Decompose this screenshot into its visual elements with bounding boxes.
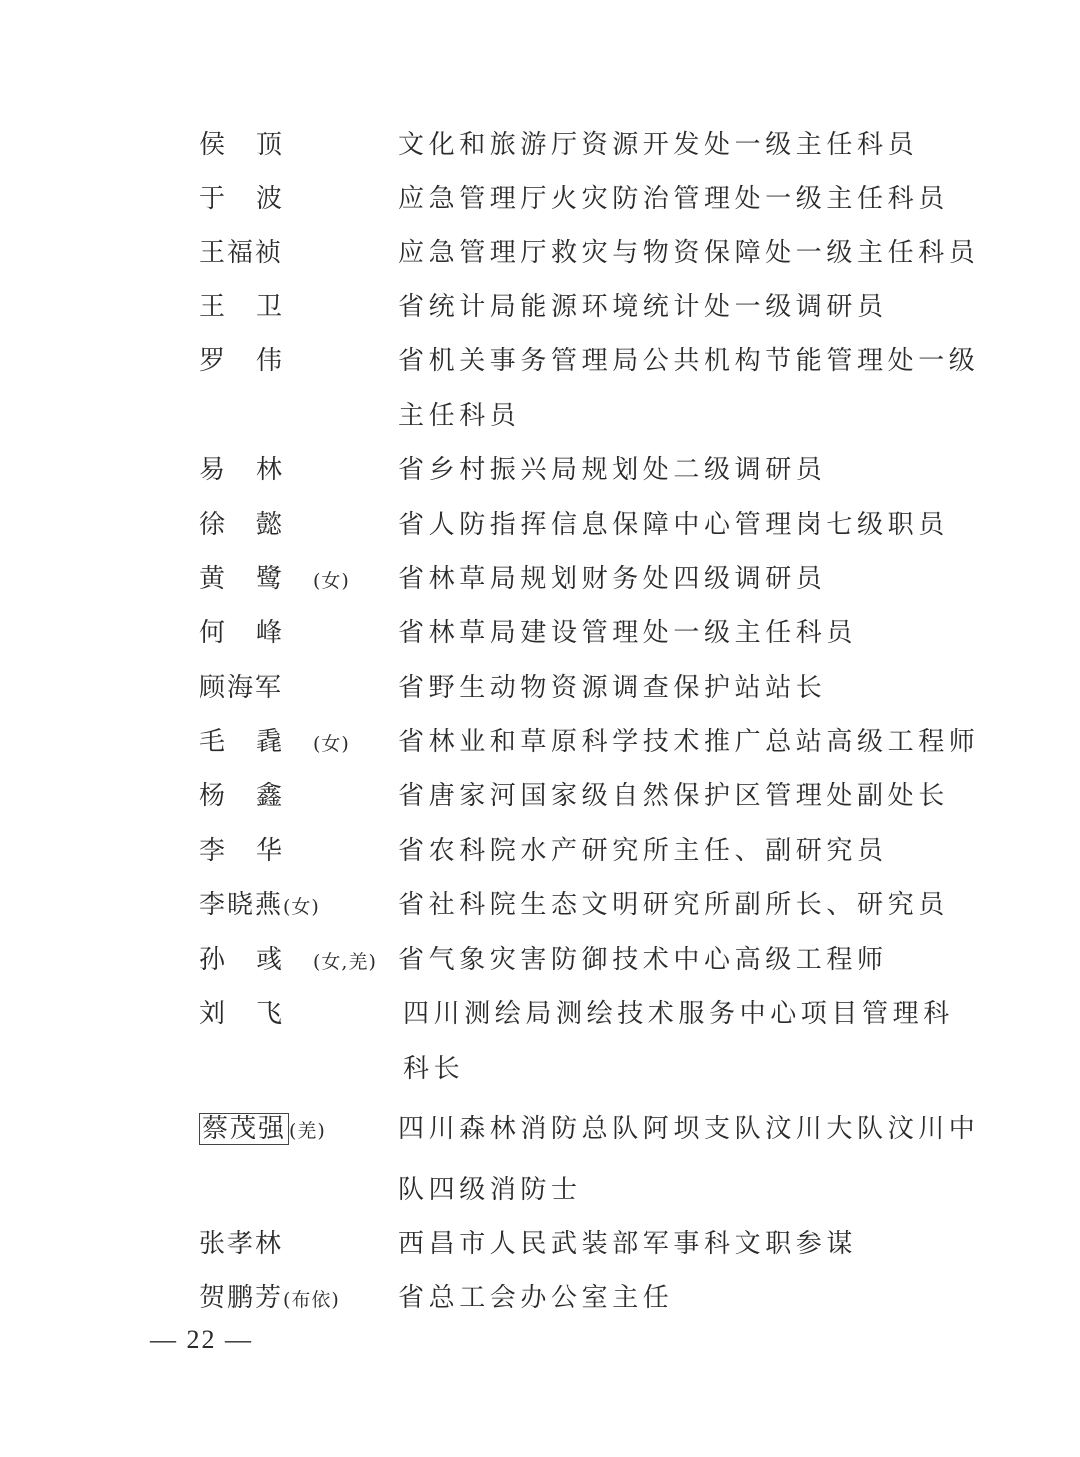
person-title: 省社科院生态文明研究所副所长、研究员	[398, 885, 949, 925]
person-title: 省总工会办公室主任	[398, 1278, 673, 1318]
person-title: 四川森林消防总队阿坝支队汶川大队汶川中	[398, 1109, 979, 1149]
person-name: 张孝林	[199, 1229, 283, 1259]
list-item: 易林 省乡村振兴局规划处二级调研员	[0, 450, 1080, 490]
person-name: 侯顶	[199, 130, 313, 160]
list-item: 侯顶 文化和旅游厅资源开发处一级主任科员	[0, 125, 1080, 165]
person-name: 毛毳	[199, 727, 313, 757]
person-note: (女)	[283, 896, 320, 918]
list-item: 李晓燕(女) 省社科院生态文明研究所副所长、研究员	[0, 885, 1080, 925]
list-item: 何峰 省林草局建设管理处一级主任科员	[0, 613, 1080, 653]
person-title: 省统计局能源环境统计处一级调研员	[398, 287, 888, 327]
person-title: 省野生动物资源调查保护站站长	[398, 668, 826, 708]
person-title: 应急管理厅火灾防治管理处一级主任科员	[398, 179, 949, 219]
person-title: 省乡村振兴局规划处二级调研员	[398, 450, 826, 490]
person-title-continued: 队四级消防士	[398, 1170, 582, 1210]
list-item: 王福祯 应急管理厅救灾与物资保障处一级主任科员	[0, 233, 1080, 273]
person-name: 何峰	[199, 618, 313, 648]
list-item: 李华 省农科院水产研究所主任、副研究员	[0, 831, 1080, 871]
list-item: 顾海军 省野生动物资源调查保护站站长	[0, 668, 1080, 708]
list-item: 贺鹏芳(布依) 省总工会办公室主任	[0, 1278, 1080, 1318]
person-title: 省机关事务管理局公共机构节能管理处一级	[398, 341, 979, 381]
person-title: 省气象灾害防御技术中心高级工程师	[398, 940, 888, 980]
person-name: 李华	[199, 836, 313, 866]
person-name: 王卫	[199, 292, 313, 322]
person-name: 刘飞	[199, 999, 313, 1029]
person-title: 西昌市人民武装部军事科文职参谋	[398, 1224, 857, 1264]
list-item: 罗伟 省机关事务管理局公共机构节能管理处一级	[0, 341, 1080, 381]
list-item-continuation: 科长	[0, 1049, 1080, 1089]
person-name-highlighted: 蔡茂强	[199, 1113, 289, 1145]
person-name: 顾海军	[199, 673, 283, 703]
person-note: (女)	[313, 570, 350, 592]
person-name: 杨鑫	[199, 781, 313, 811]
person-title: 省农科院水产研究所主任、副研究员	[398, 831, 888, 871]
list-item: 孙彧(女,羌) 省气象灾害防御技术中心高级工程师	[0, 940, 1080, 980]
person-name: 李晓燕	[199, 890, 283, 920]
list-item: 张孝林 西昌市人民武装部军事科文职参谋	[0, 1224, 1080, 1264]
list-item-continuation: 主任科员	[0, 396, 1080, 436]
list-item: 刘飞 四川测绘局测绘技术服务中心项目管理科	[0, 994, 1080, 1034]
person-name: 于波	[199, 184, 313, 214]
person-title: 四川测绘局测绘技术服务中心项目管理科	[403, 994, 954, 1034]
person-title: 省林草局建设管理处一级主任科员	[398, 613, 857, 653]
person-title: 省林业和草原科学技术推广总站高级工程师	[398, 722, 979, 762]
list-item: 杨鑫 省唐家河国家级自然保护区管理处副处长	[0, 776, 1080, 816]
person-title: 省人防指挥信息保障中心管理岗七级职员	[398, 505, 949, 545]
person-note: (布依)	[283, 1289, 340, 1311]
person-title: 应急管理厅救灾与物资保障处一级主任科员	[398, 233, 979, 273]
person-name: 王福祯	[199, 238, 283, 268]
list-item-continuation: 队四级消防士	[0, 1170, 1080, 1210]
person-name: 徐懿	[199, 510, 313, 540]
person-note: (羌)	[289, 1120, 326, 1142]
person-title: 省唐家河国家级自然保护区管理处副处长	[398, 776, 949, 816]
person-title: 省林草局规划财务处四级调研员	[398, 559, 826, 599]
list-item: 徐懿 省人防指挥信息保障中心管理岗七级职员	[0, 505, 1080, 545]
person-title-continued: 主任科员	[398, 396, 520, 436]
person-name: 易林	[199, 455, 313, 485]
person-title-continued: 科长	[403, 1049, 464, 1089]
person-name: 罗伟	[199, 346, 313, 376]
list-item: 王卫 省统计局能源环境统计处一级调研员	[0, 287, 1080, 327]
person-note: (女,羌)	[313, 951, 377, 973]
list-item: 黄鹭(女) 省林草局规划财务处四级调研员	[0, 559, 1080, 599]
person-name: 黄鹭	[199, 564, 313, 594]
person-name: 孙彧	[199, 945, 313, 975]
person-title: 文化和旅游厅资源开发处一级主任科员	[398, 125, 918, 165]
list-item: 于波 应急管理厅火灾防治管理处一级主任科员	[0, 179, 1080, 219]
list-item: 毛毳(女) 省林业和草原科学技术推广总站高级工程师	[0, 722, 1080, 762]
person-note: (女)	[313, 733, 350, 755]
page-number: — 22 —	[150, 1320, 253, 1360]
list-item: 蔡茂强(羌) 四川森林消防总队阿坝支队汶川大队汶川中	[0, 1109, 1080, 1149]
person-name: 贺鹏芳	[199, 1283, 283, 1313]
